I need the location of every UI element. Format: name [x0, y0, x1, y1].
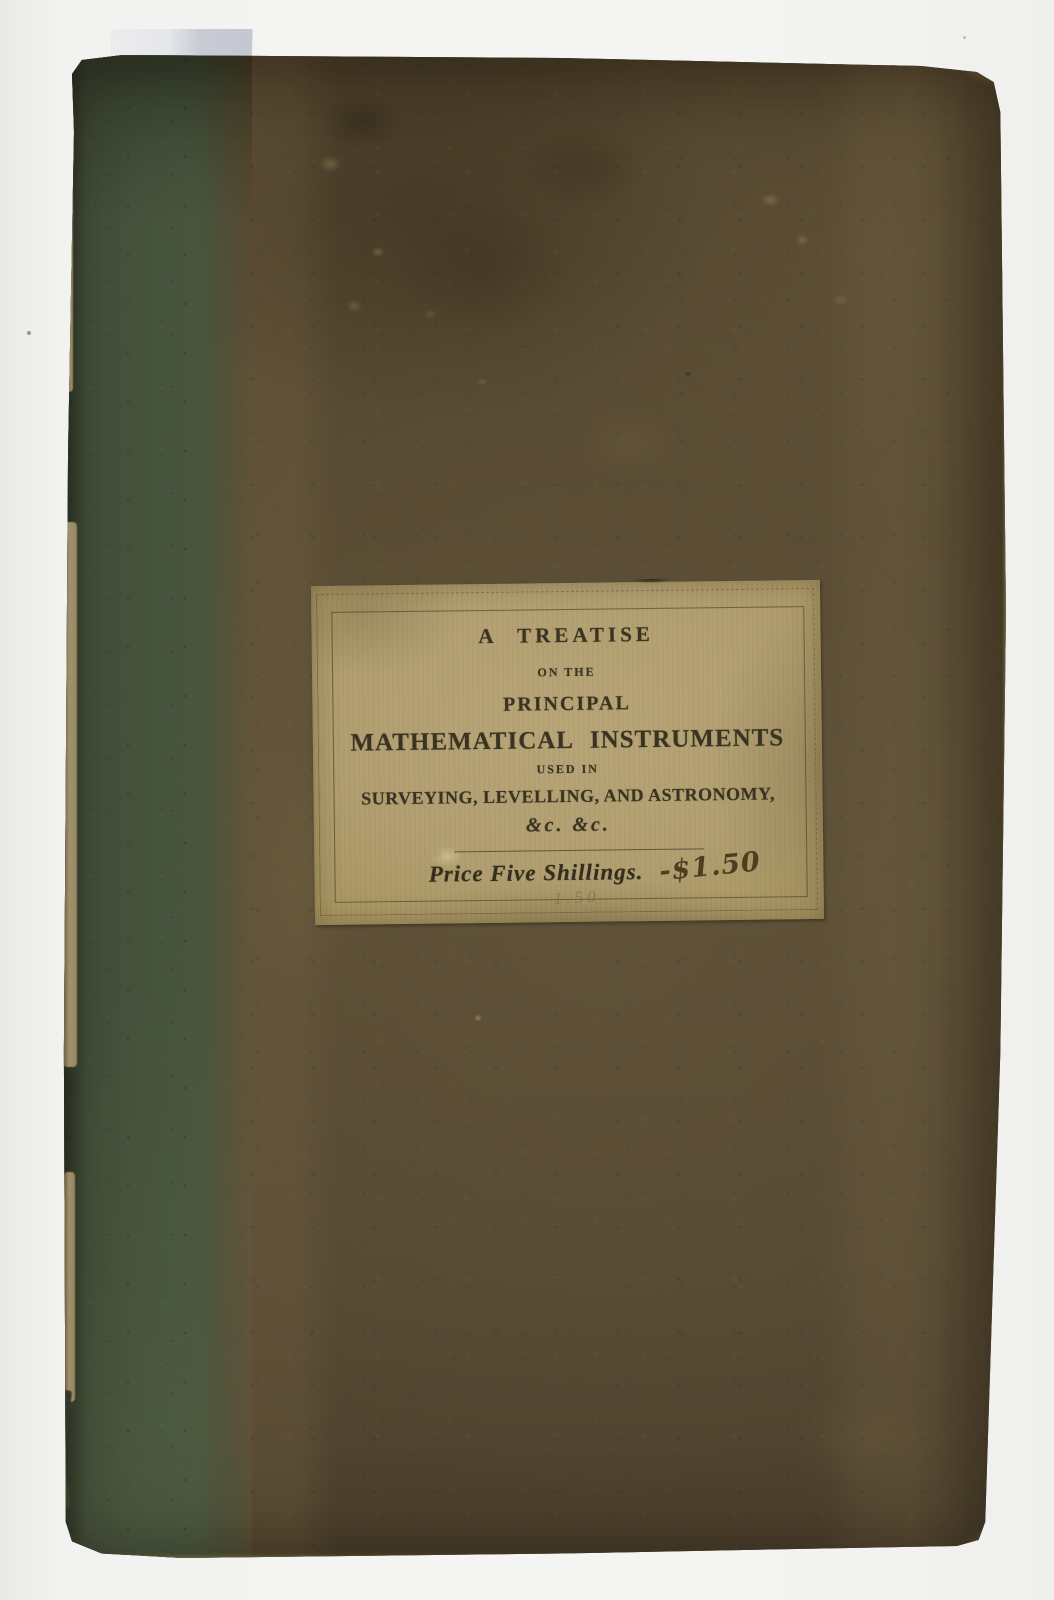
label-line-etc: &c. &c.: [526, 813, 611, 837]
label-rule: [454, 848, 704, 852]
title-label: A TREATISE ON THE PRINCIPAL MATHEMATICAL…: [311, 580, 824, 925]
label-line-a-treatise: A TREATISE: [478, 622, 654, 649]
label-line-principal: PRINCIPAL: [503, 692, 631, 717]
dust-speck: [963, 36, 966, 39]
book-cover: A TREATISE ON THE PRINCIPAL MATHEMATICAL…: [62, 52, 1006, 1558]
price-pencil-note: 1.50: [554, 887, 601, 909]
label-line-used-in: USED IN: [536, 762, 599, 778]
label-line-subjects: SURVEYING, LEVELLING, AND ASTRONOMY,: [361, 783, 775, 809]
price-row: Price Five Shillings. -$1.50: [429, 854, 762, 889]
photo-background: A TREATISE ON THE PRINCIPAL MATHEMATICAL…: [0, 0, 1054, 1600]
label-text-block: A TREATISE ON THE PRINCIPAL MATHEMATICAL…: [311, 580, 824, 925]
price-handwritten: -$1.50: [658, 846, 762, 887]
bookmark-tab: [112, 29, 253, 59]
label-line-main-title: MATHEMATICAL INSTRUMENTS: [350, 724, 784, 757]
label-line-on-the: ON THE: [537, 665, 595, 681]
dust-speck: [27, 331, 31, 335]
price-printed: Price Five Shillings.: [429, 859, 644, 888]
